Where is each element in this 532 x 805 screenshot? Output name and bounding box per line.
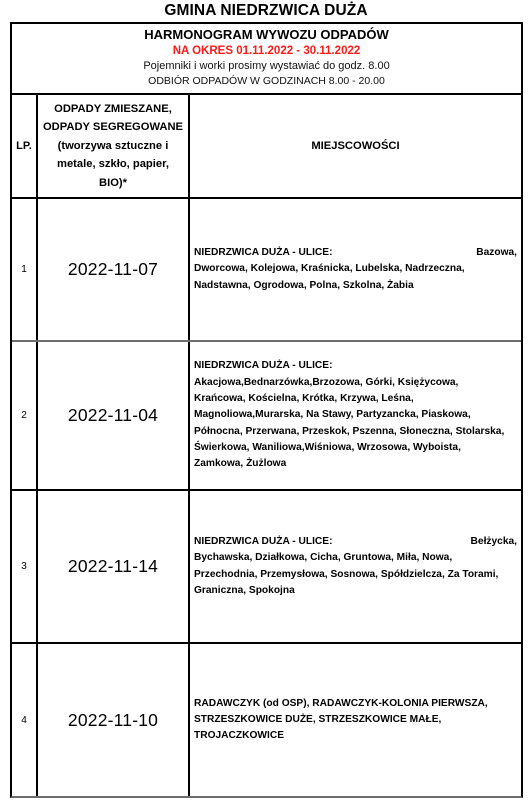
schedule-period: NA OKRES 01.11.2022 - 30.11.2022: [12, 43, 521, 59]
column-header-places: MIEJSCOWOŚCI: [190, 95, 521, 197]
table-row: 2 2022-11-04 NIEDRZWICA DUŻA - ULICE: Ak…: [12, 340, 521, 489]
places-list: NIEDRZWICA DUŻA - ULICE: Akacjowa,Bednar…: [194, 358, 517, 472]
places-list: NIEDRZWICA DUŻA - ULICE: Bełżycka, Bycha…: [194, 534, 517, 599]
table-row: 3 2022-11-14 NIEDRZWICA DUŻA - ULICE: Be…: [12, 489, 521, 642]
places-list: RADAWCZYK (od OSP), RADAWCZYK-KOLONIA PI…: [194, 696, 517, 745]
schedule-hours: ODBIÓR ODPADÓW W GODZINACH 8.00 - 20.00: [12, 74, 521, 89]
collection-date: 2022-11-10: [68, 710, 158, 731]
table-row: 1 2022-11-07 NIEDRZWICA DUŻA - ULICE: Ba…: [12, 197, 521, 340]
collection-date: 2022-11-14: [68, 556, 158, 577]
row-number: 1: [21, 264, 27, 275]
schedule-heading: HARMONOGRAM WYWOZU ODPADÓW: [12, 26, 521, 43]
row-number: 4: [21, 715, 27, 726]
collection-date: 2022-11-07: [68, 259, 158, 280]
table-row: 4 2022-11-10 RADAWCZYK (od OSP), RADAWCZ…: [12, 642, 521, 796]
column-header-waste: ODPADY ZMIESZANE, ODPADY SEGREGOWANE (tw…: [38, 95, 190, 197]
page-title: GMINA NIEDRZWICA DUŻA: [0, 2, 532, 20]
schedule-note: Pojemniki i worki prosimy wystawiać do g…: [12, 59, 521, 74]
collection-date: 2022-11-04: [68, 405, 158, 426]
places-list: NIEDRZWICA DUŻA - ULICE: Bazowa, Dworcow…: [194, 245, 517, 294]
schedule-header: HARMONOGRAM WYWOZU ODPADÓW NA OKRES 01.1…: [12, 24, 521, 93]
row-number: 3: [21, 561, 27, 572]
schedule-table: HARMONOGRAM WYWOZU ODPADÓW NA OKRES 01.1…: [10, 22, 523, 798]
row-number: 2: [21, 410, 27, 421]
column-header-row: LP. ODPADY ZMIESZANE, ODPADY SEGREGOWANE…: [12, 93, 521, 197]
column-header-lp: LP.: [12, 95, 38, 197]
